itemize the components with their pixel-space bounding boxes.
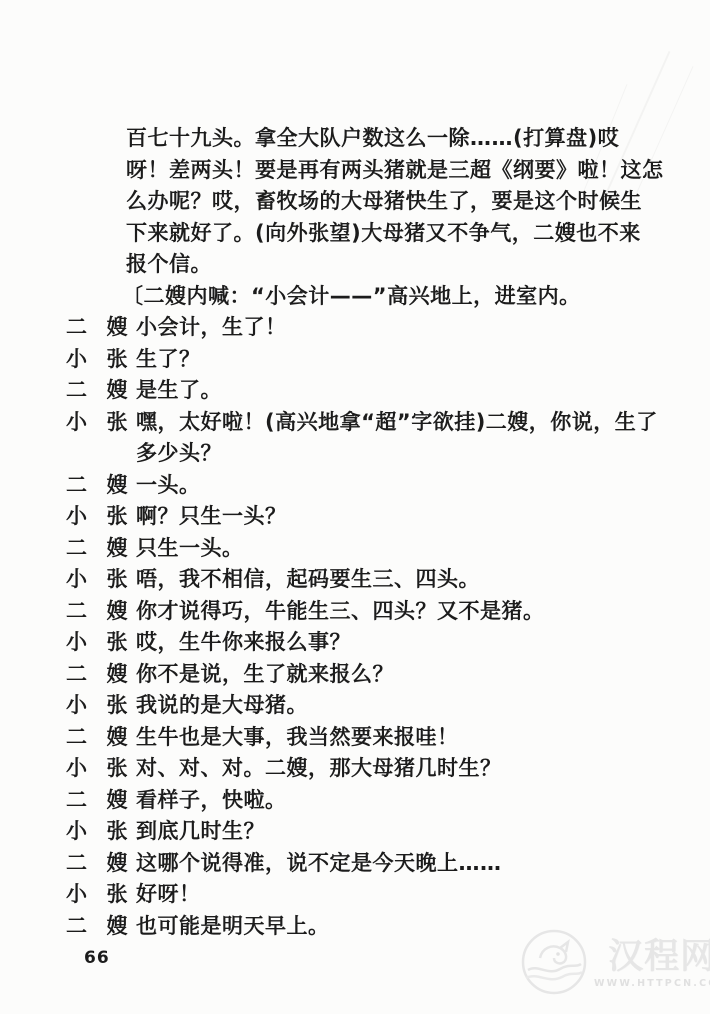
dialogue-line: 生牛也是大事，我当然要来报哇！ bbox=[136, 722, 459, 754]
speaker-char: 小 bbox=[66, 564, 88, 596]
speaker-char: 嫂 bbox=[107, 533, 129, 565]
speaker-char: 二 bbox=[66, 312, 88, 344]
speaker-char: 二 bbox=[66, 785, 88, 817]
dialogue-row: 二嫂小会计，生了！ bbox=[0, 312, 710, 344]
dialogue-row: 小张唔，我不相信，起码要生三、四头。 bbox=[0, 564, 710, 596]
dialogue-line: 唔，我不相信，起码要生三、四头。 bbox=[136, 564, 480, 596]
dialogue-line: 生了？ bbox=[136, 344, 201, 376]
scanned-script-page: 百七十九头。拿全大队户数这么一除……(打算盘)哎呀！差两头！要是再有两头猪就是三… bbox=[0, 0, 710, 1014]
dialogue-speaker: 二嫂 bbox=[66, 659, 128, 691]
dialogue-line: 一头。 bbox=[136, 470, 201, 502]
dialogue-line: 也可能是明天早上。 bbox=[136, 911, 330, 943]
dialogue-line: 你不是说，生了就来报么？ bbox=[136, 659, 394, 691]
speaker-char: 嫂 bbox=[107, 470, 129, 502]
dialogue-row: 小张啊？只生一头？ bbox=[0, 501, 710, 533]
dialogue-row: 小张好呀！ bbox=[0, 879, 710, 911]
dialogue-list: 二嫂小会计，生了！小张生了？二嫂是生了。小张嘿，太好啦！(高兴地拿“超”字欲挂)… bbox=[0, 312, 710, 942]
speaker-char: 嫂 bbox=[107, 375, 129, 407]
dialogue-text: 生牛也是大事，我当然要来报哇！ bbox=[136, 722, 459, 754]
dialogue-text: 只生一头。 bbox=[136, 533, 244, 565]
speaker-char: 张 bbox=[107, 627, 129, 659]
dialogue-line: 多少头？ bbox=[136, 438, 658, 470]
dialogue-text: 对、对、对。二嫂，那大母猪几时生？ bbox=[136, 753, 502, 785]
opening-paragraph: 百七十九头。拿全大队户数这么一除……(打算盘)哎呀！差两头！要是再有两头猪就是三… bbox=[126, 123, 666, 281]
dialogue-text: 嘿，太好啦！(高兴地拿“超”字欲挂)二嫂，你说，生了多少头？ bbox=[136, 407, 658, 470]
dialogue-line: 哎，生牛你来报么事？ bbox=[136, 627, 351, 659]
dialogue-row: 二嫂一头。 bbox=[0, 470, 710, 502]
paragraph-line: 呀！差两头！要是再有两头猪就是三超《纲要》啦！这怎 bbox=[126, 155, 666, 187]
dialogue-text: 是生了。 bbox=[136, 375, 222, 407]
speaker-char: 小 bbox=[66, 690, 88, 722]
speaker-char: 张 bbox=[107, 344, 129, 376]
dialogue-speaker: 二嫂 bbox=[66, 785, 128, 817]
speaker-char: 二 bbox=[66, 659, 88, 691]
dialogue-speaker: 小张 bbox=[66, 564, 128, 596]
dialogue-row: 小张哎，生牛你来报么事？ bbox=[0, 627, 710, 659]
speaker-char: 张 bbox=[107, 816, 129, 848]
speaker-char: 小 bbox=[66, 344, 88, 376]
dialogue-speaker: 二嫂 bbox=[66, 596, 128, 628]
stage-direction: 〔二嫂内喊：“小会计——”高兴地上，进室内。 bbox=[122, 281, 710, 313]
dialogue-speaker: 小张 bbox=[66, 407, 128, 439]
dialogue-text: 到底几时生？ bbox=[136, 816, 265, 848]
dialogue-speaker: 二嫂 bbox=[66, 848, 128, 880]
dialogue-line: 你才说得巧，牛能生三、四头？又不是猪。 bbox=[136, 596, 545, 628]
dialogue-speaker: 小张 bbox=[66, 753, 128, 785]
speaker-char: 张 bbox=[107, 564, 129, 596]
watermark-url: WWW.HTTPCN.COM bbox=[594, 978, 710, 989]
dialogue-line: 嘿，太好啦！(高兴地拿“超”字欲挂)二嫂，你说，生了 bbox=[136, 407, 658, 439]
dialogue-line: 这哪个说得准，说不定是今天晚上…… bbox=[136, 848, 502, 880]
dialogue-text: 生了？ bbox=[136, 344, 201, 376]
dialogue-text: 你不是说，生了就来报么？ bbox=[136, 659, 394, 691]
dialogue-line: 啊？只生一头？ bbox=[136, 501, 287, 533]
paragraph-line: 百七十九头。拿全大队户数这么一除……(打算盘)哎 bbox=[126, 123, 666, 155]
watermark-site-name: 汉程网 bbox=[608, 938, 710, 976]
speaker-char: 嫂 bbox=[107, 848, 129, 880]
dialogue-line: 到底几时生？ bbox=[136, 816, 265, 848]
dialogue-text: 哎，生牛你来报么事？ bbox=[136, 627, 351, 659]
dialogue-row: 小张我说的是大母猪。 bbox=[0, 690, 710, 722]
paragraph-line: 报个信。 bbox=[126, 249, 666, 281]
watermark: 汉程网 WWW.HTTPCN.COM bbox=[518, 918, 710, 1008]
dialogue-speaker: 二嫂 bbox=[66, 911, 128, 943]
dialogue-text: 好呀！ bbox=[136, 879, 201, 911]
speaker-char: 嫂 bbox=[107, 722, 129, 754]
dialogue-speaker: 二嫂 bbox=[66, 533, 128, 565]
speaker-char: 张 bbox=[107, 501, 129, 533]
speaker-char: 张 bbox=[107, 753, 129, 785]
speaker-char: 嫂 bbox=[107, 659, 129, 691]
dialogue-row: 二嫂你才说得巧，牛能生三、四头？又不是猪。 bbox=[0, 596, 710, 628]
dialogue-line: 我说的是大母猪。 bbox=[136, 690, 308, 722]
dialogue-text: 你才说得巧，牛能生三、四头？又不是猪。 bbox=[136, 596, 545, 628]
dialogue-row: 二嫂只生一头。 bbox=[0, 533, 710, 565]
dialogue-line: 对、对、对。二嫂，那大母猪几时生？ bbox=[136, 753, 502, 785]
speaker-char: 小 bbox=[66, 879, 88, 911]
dialogue-line: 小会计，生了！ bbox=[136, 312, 287, 344]
speaker-char: 二 bbox=[66, 722, 88, 754]
dialogue-text: 也可能是明天早上。 bbox=[136, 911, 330, 943]
speaker-char: 小 bbox=[66, 501, 88, 533]
dialogue-row: 小张对、对、对。二嫂，那大母猪几时生？ bbox=[0, 753, 710, 785]
dialogue-speaker: 二嫂 bbox=[66, 375, 128, 407]
paragraph-line: 下来就好了。(向外张望)大母猪又不争气，二嫂也不来 bbox=[126, 218, 666, 250]
speaker-char: 小 bbox=[66, 753, 88, 785]
dialogue-line: 只生一头。 bbox=[136, 533, 244, 565]
dialogue-text: 我说的是大母猪。 bbox=[136, 690, 308, 722]
dialogue-row: 小张生了？ bbox=[0, 344, 710, 376]
dialogue-line: 看样子，快啦。 bbox=[136, 785, 287, 817]
speaker-char: 二 bbox=[66, 375, 88, 407]
watermark-dragon-wave-logo-icon bbox=[518, 922, 590, 1004]
dialogue-speaker: 二嫂 bbox=[66, 312, 128, 344]
dialogue-row: 小张嘿，太好啦！(高兴地拿“超”字欲挂)二嫂，你说，生了多少头？ bbox=[0, 407, 710, 470]
dialogue-speaker: 小张 bbox=[66, 816, 128, 848]
speaker-char: 嫂 bbox=[107, 312, 129, 344]
dialogue-row: 二嫂看样子，快啦。 bbox=[0, 785, 710, 817]
dialogue-speaker: 二嫂 bbox=[66, 470, 128, 502]
speaker-char: 嫂 bbox=[107, 596, 129, 628]
dialogue-speaker: 小张 bbox=[66, 501, 128, 533]
dialogue-text: 唔，我不相信，起码要生三、四头。 bbox=[136, 564, 480, 596]
speaker-char: 小 bbox=[66, 816, 88, 848]
dialogue-speaker: 小张 bbox=[66, 344, 128, 376]
page-content: 百七十九头。拿全大队户数这么一除……(打算盘)哎呀！差两头！要是再有两头猪就是三… bbox=[0, 123, 710, 975]
speaker-char: 二 bbox=[66, 911, 88, 943]
speaker-char: 二 bbox=[66, 596, 88, 628]
speaker-char: 张 bbox=[107, 407, 129, 439]
speaker-char: 二 bbox=[66, 533, 88, 565]
dialogue-speaker: 小张 bbox=[66, 879, 128, 911]
speaker-char: 小 bbox=[66, 407, 88, 439]
dialogue-speaker: 二嫂 bbox=[66, 722, 128, 754]
dialogue-text: 小会计，生了！ bbox=[136, 312, 287, 344]
dialogue-line: 好呀！ bbox=[136, 879, 201, 911]
dialogue-text: 一头。 bbox=[136, 470, 201, 502]
dialogue-row: 二嫂你不是说，生了就来报么？ bbox=[0, 659, 710, 691]
dialogue-speaker: 小张 bbox=[66, 690, 128, 722]
dialogue-row: 二嫂这哪个说得准，说不定是今天晚上…… bbox=[0, 848, 710, 880]
dialogue-text: 看样子，快啦。 bbox=[136, 785, 287, 817]
dialogue-speaker: 小张 bbox=[66, 627, 128, 659]
speaker-char: 张 bbox=[107, 690, 129, 722]
speaker-char: 张 bbox=[107, 879, 129, 911]
dialogue-line: 是生了。 bbox=[136, 375, 222, 407]
dialogue-text: 这哪个说得准，说不定是今天晚上…… bbox=[136, 848, 502, 880]
speaker-char: 小 bbox=[66, 627, 88, 659]
speaker-char: 嫂 bbox=[107, 911, 129, 943]
speaker-char: 嫂 bbox=[107, 785, 129, 817]
paragraph-line: 么办呢？哎，畜牧场的大母猪快生了，要是这个时候生 bbox=[126, 186, 666, 218]
speaker-char: 二 bbox=[66, 470, 88, 502]
dialogue-row: 二嫂是生了。 bbox=[0, 375, 710, 407]
speaker-char: 二 bbox=[66, 848, 88, 880]
dialogue-row: 二嫂生牛也是大事，我当然要来报哇！ bbox=[0, 722, 710, 754]
dialogue-text: 啊？只生一头？ bbox=[136, 501, 287, 533]
dialogue-row: 小张到底几时生？ bbox=[0, 816, 710, 848]
